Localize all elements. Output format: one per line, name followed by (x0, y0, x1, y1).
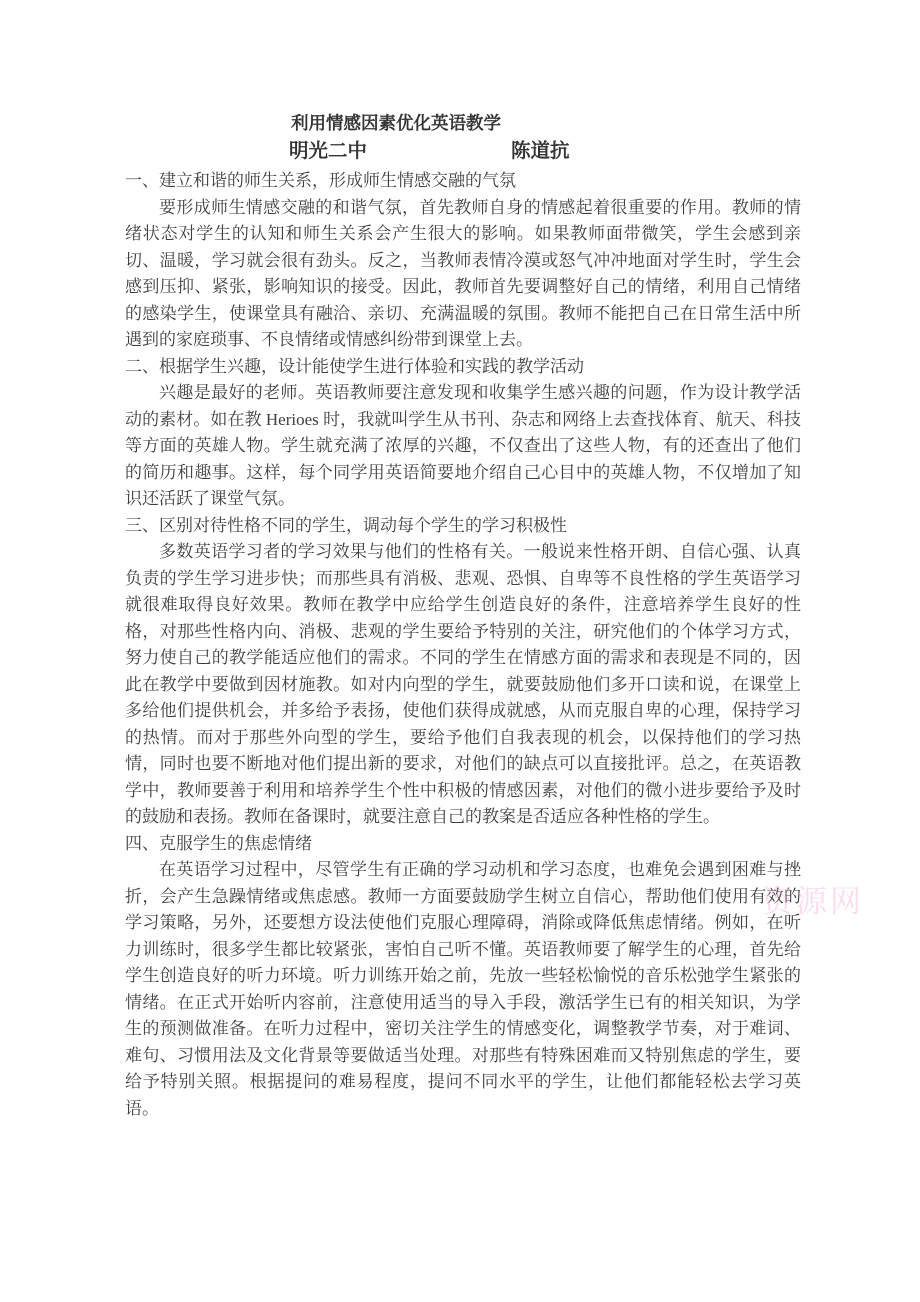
section-2-heading: 二、根据学生兴趣，设计能使学生进行体验和实践的教学活动 (125, 354, 801, 381)
document-title: 利用情感因素优化英语教学 (125, 110, 801, 137)
section-2: 二、根据学生兴趣，设计能使学生进行体验和实践的教学活动 兴趣是最好的老师。英语教… (125, 354, 801, 513)
section-4: 四、克服学生的焦虑情绪 在英语学习过程中，尽管学生有正确的学习动机和学习态度，也… (125, 831, 801, 1123)
document-content: 利用情感因素优化英语教学 明光二中陈道抗 一、建立和谐的师生关系，形成师生情感交… (125, 110, 801, 1122)
byline-school: 明光二中 (289, 140, 367, 162)
document-body: 一、建立和谐的师生关系，形成师生情感交融的气氛 要形成师生情感交融的和谐气氛，首… (125, 168, 801, 1122)
section-4-heading: 四、克服学生的焦虑情绪 (125, 831, 801, 858)
section-2-paragraph: 兴趣是最好的老师。英语教师要注意发现和收集学生感兴趣的问题，作为设计教学活动的素… (125, 380, 801, 513)
section-3-heading: 三、区别对待性格不同的学生，调动每个学生的学习积极性 (125, 513, 801, 540)
section-1-heading: 一、建立和谐的师生关系，形成师生情感交融的气氛 (125, 168, 801, 195)
section-1: 一、建立和谐的师生关系，形成师生情感交融的气氛 要形成师生情感交融的和谐气氛，首… (125, 168, 801, 354)
section-4-paragraph: 在英语学习过程中，尽管学生有正确的学习动机和学习态度，也难免会遇到困难与挫折，会… (125, 857, 801, 1122)
byline-author: 陈道抗 (511, 140, 570, 162)
byline: 明光二中陈道抗 (125, 137, 801, 166)
document-page: 利用情感因素优化英语教学 明光二中陈道抗 一、建立和谐的师生关系，形成师生情感交… (0, 0, 920, 1302)
section-1-paragraph: 要形成师生情感交融的和谐气氛，首先教师自身的情感起着很重要的作用。教师的情绪状态… (125, 195, 801, 354)
section-3-paragraph: 多数英语学习者的学习效果与他们的性格有关。一般说来性格开朗、自信心强、认真负责的… (125, 539, 801, 831)
section-3: 三、区别对待性格不同的学生，调动每个学生的学习积极性 多数英语学习者的学习效果与… (125, 513, 801, 831)
